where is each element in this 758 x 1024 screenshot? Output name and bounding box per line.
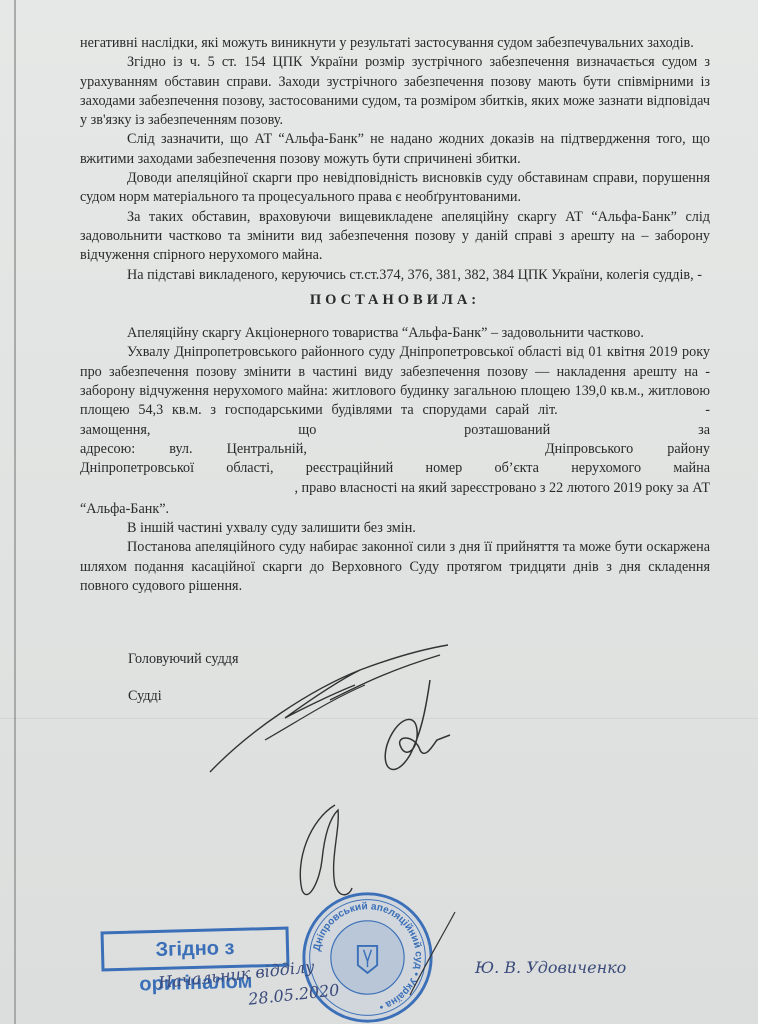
- paragraph-counter-security: Згідно із ч. 5 ст. 154 ЦПК України розмі…: [80, 53, 710, 130]
- resolution-heading: ПОСТАНОВИЛА:: [80, 291, 710, 310]
- resolution-appeal-granted: Апеляційну скаргу Акціонерного товариств…: [80, 324, 710, 343]
- paragraph-circumstances: За таких обставин, враховуючи вищевиклад…: [80, 208, 710, 266]
- resolution-rest-unchanged: В іншій частині ухвалу суду залишити без…: [80, 519, 710, 538]
- address-street: адресою: вул. Центральній,: [80, 441, 307, 457]
- paragraph-no-evidence: Слід зазначити, що АТ “Альфа-Банк” не на…: [80, 130, 710, 169]
- resolution-bank-name: “Альфа-Банк”.: [80, 500, 710, 519]
- resolution-registry-line: Дніпропетровської області, реєстраційний…: [80, 459, 710, 478]
- resolution-ruling-text: Ухвалу Дніпропетровського районного суду…: [80, 344, 710, 418]
- seal-overlay-signature: [400, 910, 460, 1000]
- resolution-ruling-changed: Ухвалу Дніпропетровського районного суду…: [80, 343, 710, 439]
- resolution-address-line: адресою: вул. Центральній, Дніпровського…: [80, 440, 710, 459]
- binding-thread: [14, 0, 16, 1024]
- judge-signature-1: [375, 675, 475, 785]
- resolution-ownership-line: , право власності на який зареєстровано …: [80, 479, 710, 498]
- address-district: Дніпровського району: [545, 441, 710, 457]
- document-body: негативні наслідки, які можуть виникнути…: [80, 34, 710, 596]
- paragraph-unfounded-arguments: Доводи апеляційної скарги про невідповід…: [80, 169, 710, 208]
- handwritten-name: Ю. В. Удовиченко: [475, 958, 626, 977]
- judges-label: Судді: [128, 688, 162, 705]
- paragraph-legal-basis: На підставі викладеного, керуючись ст.ст…: [80, 266, 710, 285]
- resolution-effective-appeal: Постанова апеляційного суду набирає зако…: [80, 538, 710, 596]
- paragraph-consequences: негативні наслідки, які можуть виникнути…: [80, 34, 710, 53]
